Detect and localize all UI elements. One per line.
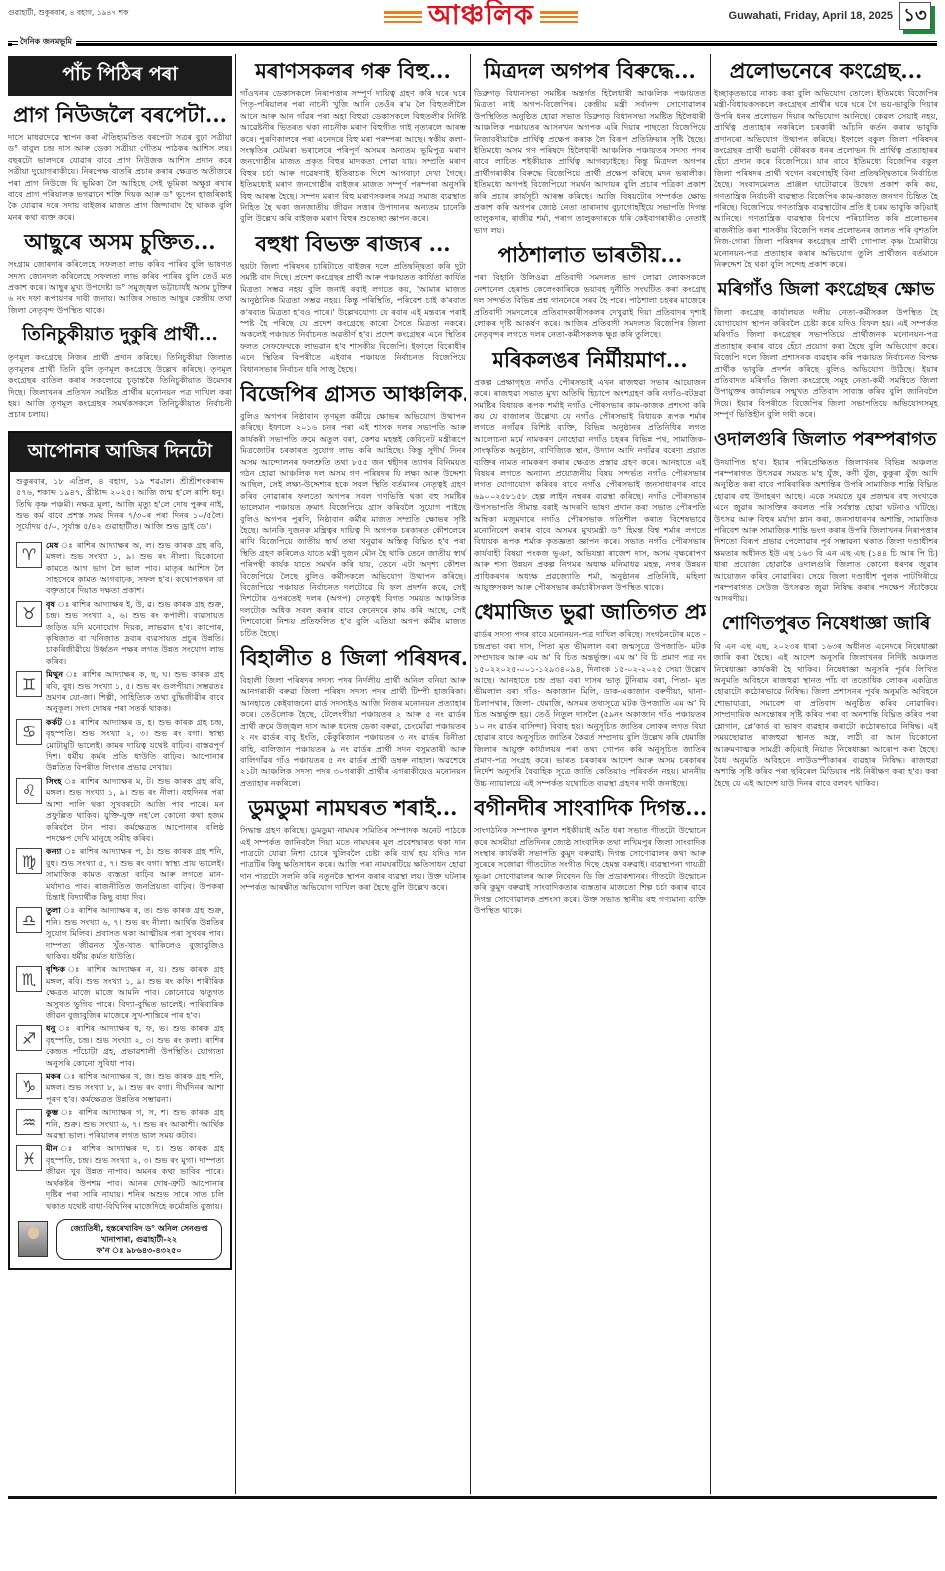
rashi-text: ৰাশিৰ আদ্যাক্ষৰ প, ঠ। শুভ কাৰক গ্ৰহ শনি,… [46, 846, 224, 902]
rashi-text: ৰাশিৰ আদ্যাক্ষৰ ধ, ফ, ভ। শুভ কাৰক গ্ৰহ ব… [46, 1023, 224, 1067]
article: পাঠশালাত ভাৰতীয়... পৰা বিহানি উলিওৱা প্… [474, 242, 706, 340]
article-body: দাসে মাধৱদেৱে স্থাপন কৰা ঐতিহ্যমণ্ডিত বৰ… [8, 132, 232, 223]
rashi-text: ৰাশিৰ আদ্যাক্ষৰ খ, জ। শুভ কাৰক গ্ৰহ শনি,… [46, 1071, 224, 1104]
headline[interactable]: ওদালগুৰি জিলাত পৰম্পৰাগত ... [714, 427, 938, 453]
rashi-item: ♎তুলা ঃ ৰাশিৰ আদ্যাক্ষৰ ৰ, ত। শুভ কাৰক গ… [10, 904, 230, 963]
astrologer-name: জ্যোতিষী, হস্তৰেখাবিদ ড° অনিল সেনগুপ্ত [59, 1223, 219, 1234]
headline[interactable]: বিহালীত ৪ জিলা পৰিষদৰ... [240, 645, 466, 671]
article-body: সংগ্ৰাম জোৰদাৰ কৰিলেহে সফলতা লাভ কৰিব পা… [8, 259, 232, 316]
aries-icon: ♈ [16, 542, 42, 568]
rashi-text: ৰাশিৰ আদ্যাক্ষৰ দ, চ। শুভ কাৰক গ্ৰহ বৃহস… [46, 1143, 224, 1210]
article: বিজেপিৰ গ্ৰাসত আঞ্চলিক... বুলিও অগপৰ নিষ… [240, 381, 466, 639]
article-body: ৱাৰ্ডৰ সদস্য পদৰ বাবে মনোনয়ন-পত্ৰ দাখিল… [474, 629, 706, 789]
article: বিহালীত ৪ জিলা পৰিষদৰ... বিহালী জিলা পৰি… [240, 645, 466, 789]
aquarius-icon: ♒ [16, 1109, 42, 1135]
article: মিত্ৰদল অগপৰ বিৰুদ্ধে... ডিব্ৰুগড় বিধান… [474, 58, 706, 236]
astrologer-card: জ্যোতিষী, হস্তৰেখাবিদ ড° অনিল সেনগুপ্ত খ… [56, 1219, 222, 1260]
headline[interactable]: বহুধা বিভক্ত ৰাজ্যৰ ... [240, 231, 466, 257]
article: আছুৰে অসম চুক্তিত... সংগ্ৰাম জোৰদাৰ কৰিল… [8, 229, 232, 316]
rashi-name: কৰ্কট [46, 717, 62, 727]
column-divider [710, 54, 711, 1494]
rashi-text: ৰাশিৰ আদ্যাক্ষৰ ন, য। শুভ কাৰক গ্ৰহ মঙ্গ… [46, 964, 224, 1020]
rashi-text: ৰাশিৰ আদ্যাক্ষৰ ই, উ, ৱ। শুভ কাৰক গ্ৰহ শ… [46, 599, 224, 666]
astrologer-phone: ফ'ন ঃ ৯৮৬৪৩-৪৩২৫০ [59, 1245, 219, 1256]
rashi-item: ♉বৃষ ঃ ৰাশিৰ আদ্যাক্ষৰ ই, উ, ৱ। শুভ কাৰক… [10, 598, 230, 668]
pisces-icon: ♓ [16, 1145, 42, 1171]
article: বগীনদীৰ সাংবাদিক দিগন্ত... সাংগঠনিক সম্প… [474, 795, 706, 916]
article: ওদালগুৰি জিলাত পৰম্পৰাগত ... উদযাপিত হ'ব… [714, 427, 938, 605]
section-bar: দৈনিক জনমভূমি [8, 36, 937, 48]
date-english: Guwahati, Friday, April 18, 2025 [729, 10, 893, 22]
headline[interactable]: আছুৰে অসম চুক্তিত... [8, 229, 232, 255]
rashi-name: কুম্ভ [46, 1107, 58, 1117]
rashi-item: ♒কুম্ভ ঃ ৰাশিৰ আদ্যাক্ষৰ গ, স, শ। শুভ কা… [10, 1106, 230, 1142]
headline[interactable]: ধেমাজিত ভুৱা জাতিগত প্ৰমাণ... [474, 599, 706, 625]
headline[interactable]: মিত্ৰদল অগপৰ বিৰুদ্ধে... [474, 58, 706, 84]
rashi-item: ♈মেষ ঃ ৰাশিৰ আদ্যাক্ষৰ অ, ল। শুভ কাৰক গ্… [10, 539, 230, 598]
date-assamese: গুৱাহাটী, শুকুৰবাৰ, ৪ বহাগ, ১৯৪৭ শক [8, 8, 128, 20]
headline[interactable]: মৰিকলঙৰ নিৰ্মীয়মাণ... [474, 347, 706, 373]
article: প্ৰলোভনেৰে কংগ্ৰেছ... ইচ্ছাকৃতভাৱে নাকচ … [714, 58, 938, 271]
article-body: জিলা কংগ্ৰেছ কাৰ্যালয়ত দলীয় নেতা-কৰ্মী… [714, 307, 938, 421]
article-body: গাঁওখনৰ ডেকাসকলে নিৰাপত্তাৰ সম্পূৰ্ণ দায… [240, 88, 466, 225]
article-body: সিদ্ধান্ত গ্ৰহণ কৰিছে। ডুমডুমা নামঘৰ সমি… [240, 825, 466, 893]
article-body: বি এন এছ এছ, ২০২৩ৰ ধাৰা ১৬৩ৰ অধীনত এনেদৰ… [714, 641, 938, 789]
headline[interactable]: প্ৰলোভনেৰে কংগ্ৰেছ... [714, 58, 938, 84]
rashi-text: ৰাশিৰ আদ্যাক্ষৰ গ, স, শ। শুভ কাৰক গ্ৰহ শ… [46, 1107, 224, 1140]
scorpio-icon: ♏ [16, 966, 42, 992]
column-divider [470, 54, 471, 1494]
page-number: ১৩ [899, 2, 931, 30]
rashi-name: সিংহ [46, 776, 62, 786]
gemini-icon: ♊ [16, 671, 42, 697]
rashi-item: ♑মকৰ ঃ ৰাশিৰ আদ্যাক্ষৰ খ, জ। শুভ কাৰক গ্… [10, 1070, 230, 1106]
column-divider [235, 54, 236, 1494]
logo-text: আঞ্চলিক [422, 0, 540, 40]
article-body: বিহালী জিলা পৰিষদৰ সদস্য পদৰ নিৰ্দলীয় প… [240, 675, 466, 789]
rashi-item: ♓মীন ঃ ৰাশিৰ আদ্যাক্ষৰ দ, চ। শুভ কাৰক গ্… [10, 1142, 230, 1212]
section-label: দৈনিক জনমভূমি [12, 36, 76, 49]
rashi-text: ৰাশিৰ আদ্যাক্ষৰ ড, হ। শুভ কাৰক গ্ৰহ চন্দ… [46, 717, 224, 773]
article-body: সাংগঠনিক সম্পাদক কুশল শইকীয়াই আঁত ধৰা স… [474, 825, 706, 916]
article-body: ইচ্ছাকৃতভাৱে নাকচ কৰা বুলি অভিযোগ তোলে। … [714, 88, 938, 271]
article: প্ৰাগ নিউজলৈ বৰপেটা... দাসে মাধৱদেৱে স্থ… [8, 102, 232, 223]
headline[interactable]: মৰিগাঁও জিলা কংগ্ৰেছৰ ক্ষোভ [714, 277, 938, 303]
rashi-name: বৃষ [46, 599, 55, 609]
page-bottom-rule [8, 1496, 937, 1499]
column-4: প্ৰলোভনেৰে কংগ্ৰেছ... ইচ্ছাকৃতভাৱে নাকচ … [714, 52, 938, 793]
rashi-item: ♍কন্যা ঃ ৰাশিৰ আদ্যাক্ষৰ প, ঠ। শুভ কাৰক … [10, 845, 230, 904]
rashi-text: ৰাশিৰ আদ্যাক্ষৰ ৰ, ত। শুভ কাৰক গ্ৰহ শুক্… [46, 905, 224, 961]
article-body: উদযাপিত হ'ব। ইয়াৰ পৰিপ্ৰেক্ষিতত জিলাখনৰ… [714, 457, 938, 605]
article: মৰিকলঙৰ নিৰ্মীয়মাণ... প্ৰকল্প প্ৰেক্ষাগ… [474, 347, 706, 594]
horoscope-intro: শুকুৰবাৰ, ১৮ এপ্ৰিল, ৪ বহাগ, ১৯ শৱ্বাল। … [10, 472, 230, 535]
headline[interactable]: শোণিতপুৰত নিষেধাজ্ঞা জাৰি [714, 611, 938, 637]
article: শোণিতপুৰত নিষেধাজ্ঞা জাৰি বি এন এছ এছ, ২… [714, 611, 938, 789]
column-2: মৰাণসকলৰ গৰু বিহু... গাঁওখনৰ ডেকাসকলে নি… [240, 52, 466, 898]
article: মৰাণসকলৰ গৰু বিহু... গাঁওখনৰ ডেকাসকলে নি… [240, 58, 466, 225]
continued-banner: পাঁচ পিঠিৰ পৰা [8, 56, 232, 96]
rashi-text: ৰাশিৰ আদ্যাক্ষৰ ক, ছ, ঘ। শুভ কাৰক গ্ৰহ ৰ… [46, 669, 224, 713]
rashi-name: মিথুন [46, 669, 63, 679]
column-3: মিত্ৰদল অগপৰ বিৰুদ্ধে... ডিব্ৰুগড় বিধান… [474, 52, 706, 920]
article-body: বুলিও অগপৰ নিষ্ঠাবান তৃণমূল কৰ্মীয়ে ক্ষ… [240, 411, 466, 639]
rashi-item: ♐ধনু ঃ ৰাশিৰ আদ্যাক্ষৰ ধ, ফ, ভ। শুভ কাৰক… [10, 1022, 230, 1070]
virgo-icon: ♍ [16, 848, 42, 874]
article-body: ডিব্ৰুগড় বিধানসভা সমষ্টিৰ অন্তৰ্গত হিলৈ… [474, 88, 706, 236]
column-1: পাঁচ পিঠিৰ পৰা প্ৰাগ নিউজলৈ বৰপেটা... দা… [8, 52, 232, 1270]
rashi-item: ♊মিথুন ঃ ৰাশিৰ আদ্যাক্ষৰ ক, ছ, ঘ। শুভ কা… [10, 668, 230, 716]
article-body: পৰা বিহানি উলিওৱা প্ৰতিবাদী সমদলত ভাগ লো… [474, 272, 706, 340]
libra-icon: ♎ [16, 907, 42, 933]
rashi-item: ♏বৃশ্চিক ঃ ৰাশিৰ আদ্যাক্ষৰ ন, য। শুভ কাৰ… [10, 963, 230, 1022]
article-body: ছয়টা জিলা পৰিষদৰ চাৰিটাতে বাইজৰ দলে প্ৰ… [240, 261, 466, 375]
masthead: গুৱাহাটী, শুকুৰবাৰ, ৪ বহাগ, ১৯৪৭ শক আঞ্চ… [8, 0, 937, 38]
headline[interactable]: তিনিচুকীয়াত দুকুৰি প্ৰাৰ্থী... [8, 322, 232, 348]
leo-icon: ♌ [16, 778, 42, 804]
logo-stripes-right [540, 11, 578, 23]
newspaper-page: গুৱাহাটী, শুকুৰবাৰ, ৪ বহাগ, ১৯৪৭ শক আঞ্চ… [0, 0, 945, 1571]
headline[interactable]: বিজেপিৰ গ্ৰাসত আঞ্চলিক... [240, 381, 466, 407]
article: তিনিচুকীয়াত দুকুৰি প্ৰাৰ্থী... তৃণমূল ক… [8, 322, 232, 420]
rashi-name: মীন [46, 1143, 58, 1153]
article: বহুধা বিভক্ত ৰাজ্যৰ ... ছয়টা জিলা পৰিষদ… [240, 231, 466, 375]
headline[interactable]: মৰাণসকলৰ গৰু বিহু... [240, 58, 466, 84]
rashi-name: কন্যা [46, 846, 61, 856]
article: ডুমডুমা নামঘৰত শৰাই... সিদ্ধান্ত গ্ৰহণ ক… [240, 795, 466, 893]
rashi-item: ♋কৰ্কট ঃ ৰাশিৰ আদ্যাক্ষৰ ড, হ। শুভ কাৰক … [10, 716, 230, 775]
article-body: প্ৰকল্প প্ৰেক্ষাগৃহত নগাঁও পৌৰসভাই এখন ৰ… [474, 377, 706, 594]
rashi-name: মেষ [46, 540, 58, 550]
sagittarius-icon: ♐ [16, 1025, 42, 1051]
capricorn-icon: ♑ [16, 1073, 42, 1099]
headline[interactable]: পাঠশালাত ভাৰতীয়... [474, 242, 706, 268]
masthead-rule [8, 41, 937, 46]
rashi-text: ৰাশিৰ আদ্যাক্ষৰ অ, ল। শুভ কাৰক গ্ৰহ ৰবি,… [46, 540, 224, 596]
article: মৰিগাঁও জিলা কংগ্ৰেছৰ ক্ষোভ জিলা কংগ্ৰেছ… [714, 277, 938, 421]
logo-stripes-left [384, 11, 422, 23]
taurus-icon: ♉ [16, 601, 42, 627]
astrologer-address: খানাপাৰা, গুৱাহাটী-২২ [59, 1234, 219, 1245]
article-body: তৃণমূল কংগ্ৰেছে নিজৰ প্ৰাৰ্থী প্ৰদান কৰি… [8, 352, 232, 420]
cancer-icon: ♋ [16, 719, 42, 745]
rashi-name: ধনু [46, 1023, 55, 1033]
rashi-name: তুলা [46, 905, 61, 915]
article: ধেমাজিত ভুৱা জাতিগত প্ৰমাণ... ৱাৰ্ডৰ সদস… [474, 599, 706, 789]
rashi-name: মকৰ [46, 1071, 61, 1081]
astrologer-photo [18, 1221, 48, 1257]
headline[interactable]: প্ৰাগ নিউজলৈ বৰপেটা... [8, 102, 232, 128]
astrologer-credit: জ্যোতিষী, হস্তৰেখাবিদ ড° অনিল সেনগুপ্ত খ… [10, 1213, 230, 1268]
newspaper-logo: আঞ্চলিক [363, 0, 599, 34]
rashi-text: ৰাশিৰ আদ্যাক্ষৰ ম, ট। শুভ কাৰক গ্ৰহ ৰবি,… [46, 776, 224, 843]
rashi-item: ♌সিংহ ঃ ৰাশিৰ আদ্যাক্ষৰ ম, ট। শুভ কাৰক গ… [10, 775, 230, 845]
headline[interactable]: বগীনদীৰ সাংবাদিক দিগন্ত... [474, 795, 706, 821]
rashi-name: বৃশ্চিক [46, 964, 65, 974]
horoscope-box: আপোনাৰ আজিৰ দিনটো শুকুৰবাৰ, ১৮ এপ্ৰিল, ৪… [8, 431, 232, 1270]
horoscope-title: আপোনাৰ আজিৰ দিনটো [10, 433, 230, 472]
headline[interactable]: ডুমডুমা নামঘৰত শৰাই... [240, 795, 466, 821]
